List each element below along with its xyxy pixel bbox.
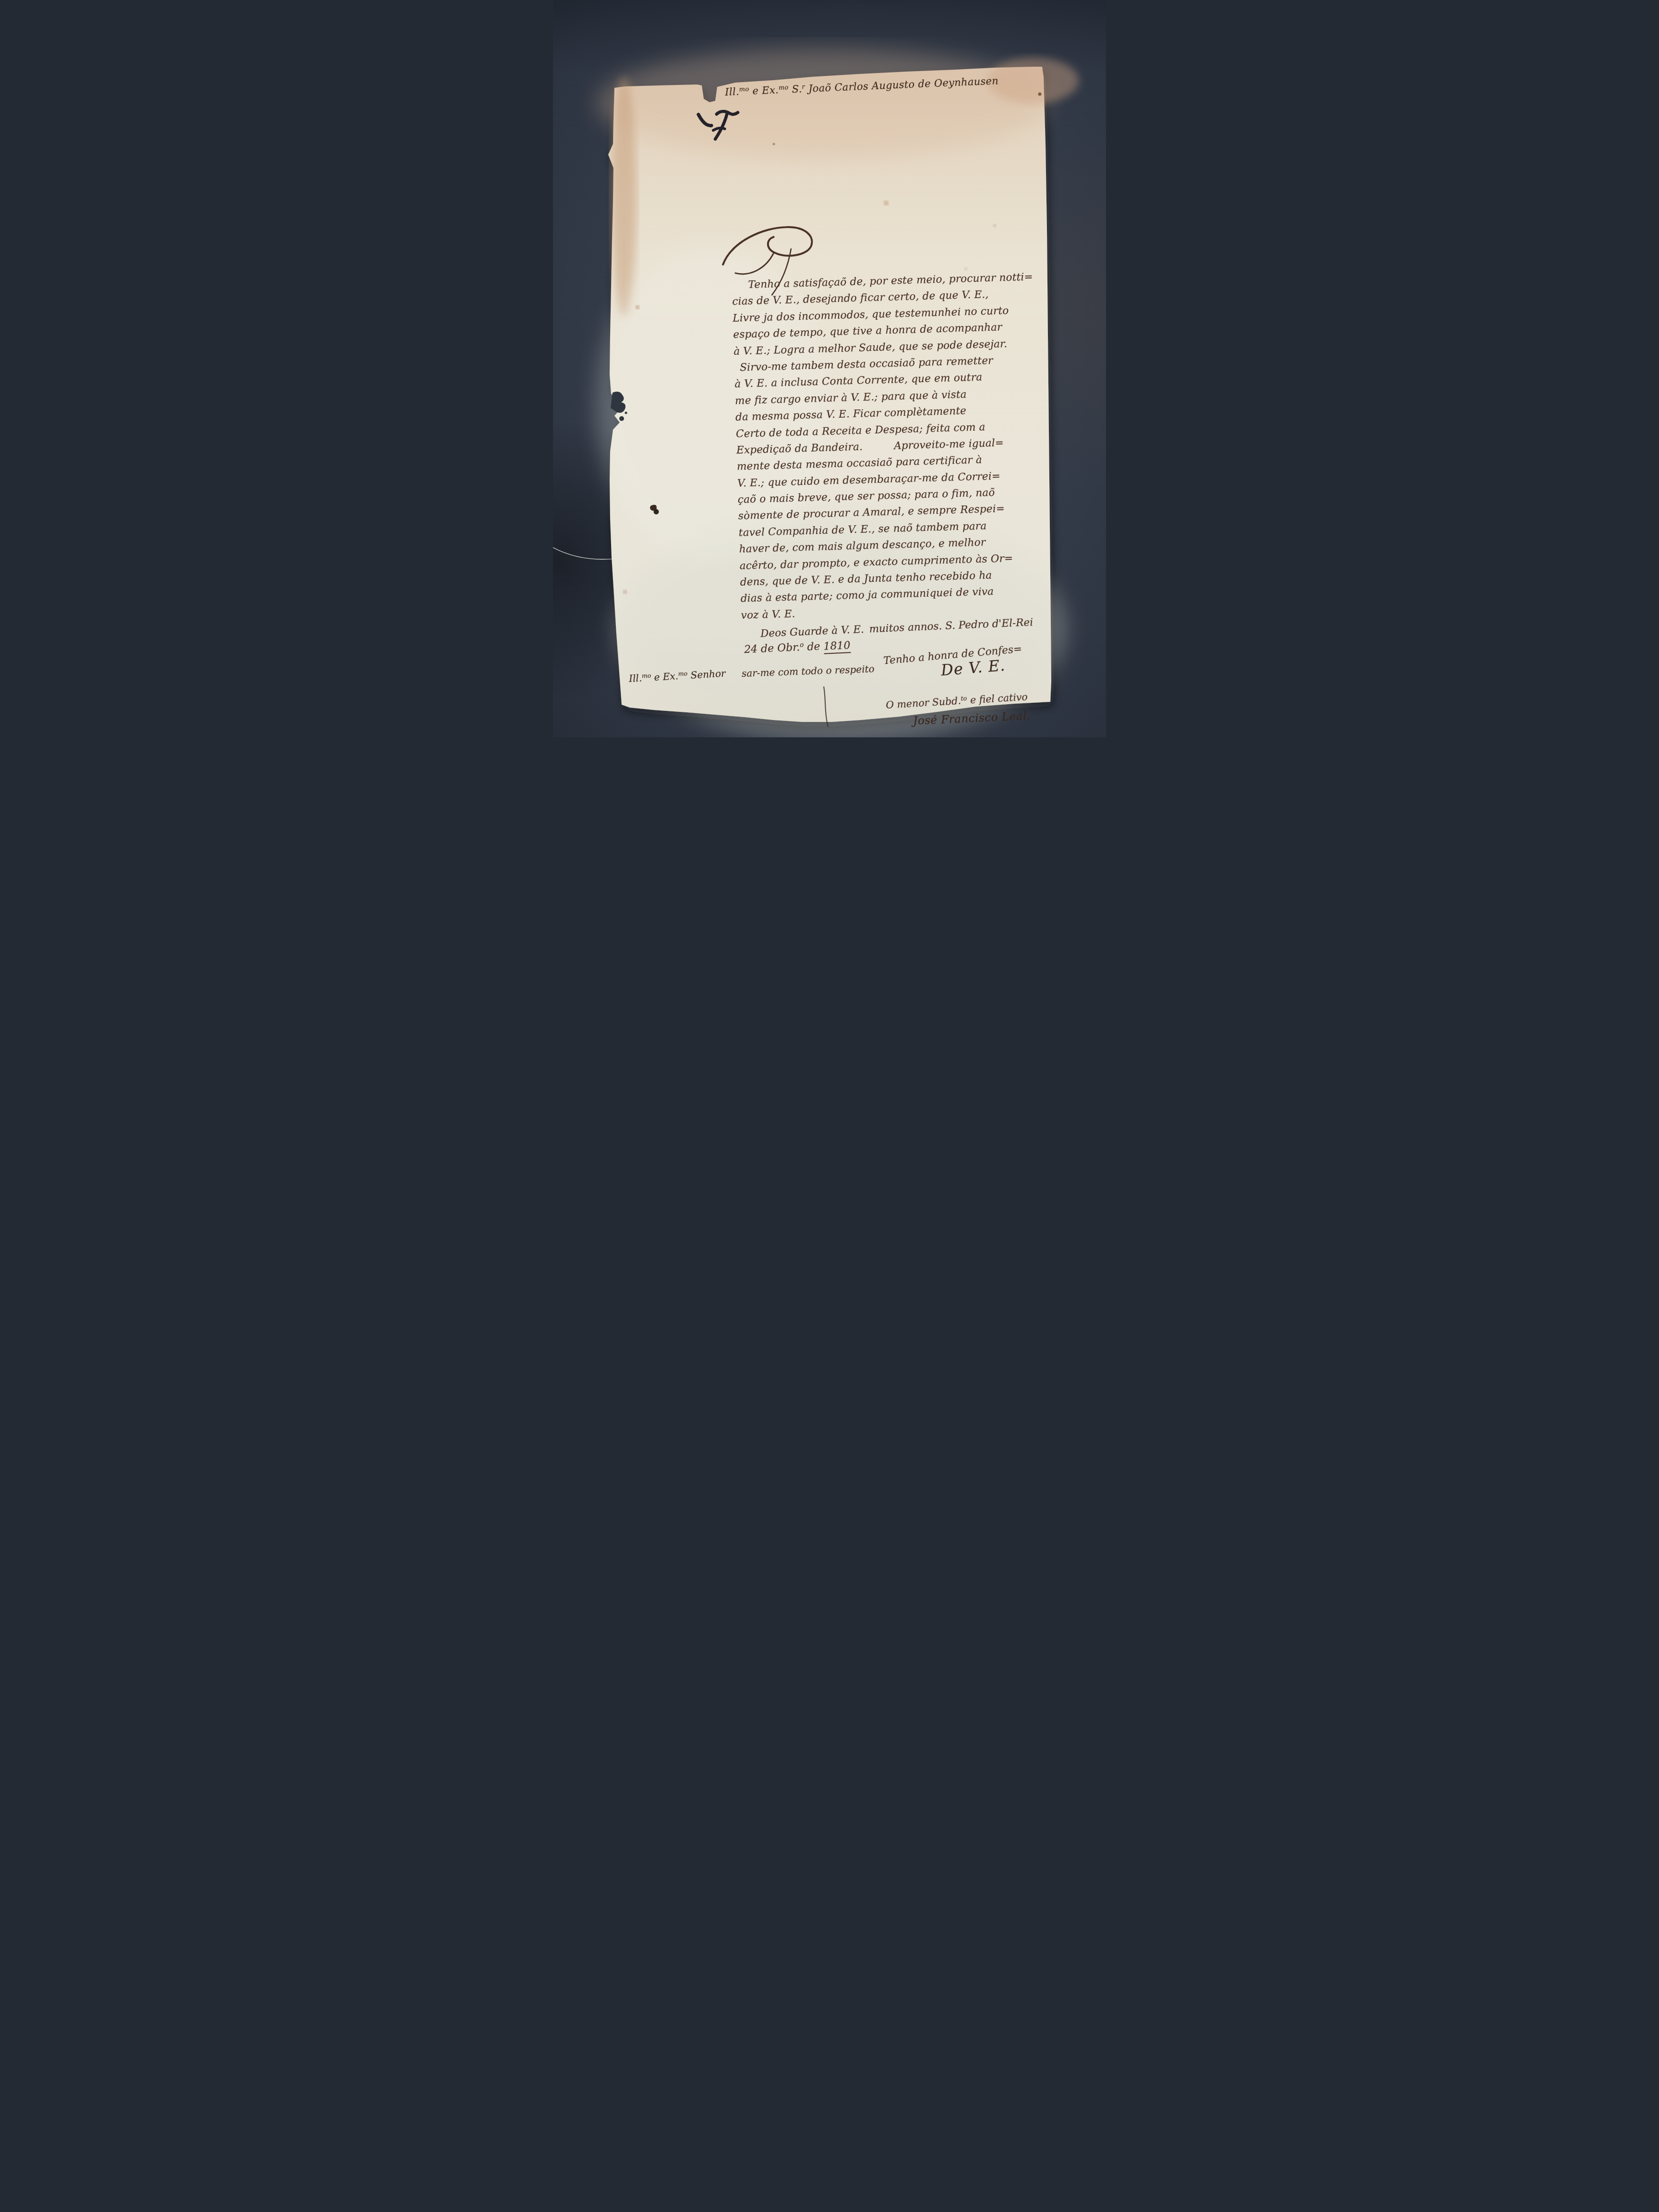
- header-sup: mo: [739, 86, 749, 94]
- photograph-of-manuscript: 7 Ill.mo e Ex.mo S.r Joaõ Carlos Augusto…: [553, 0, 1106, 737]
- archival-mark-7: 7: [694, 106, 745, 147]
- date-year: 1810: [823, 639, 851, 654]
- header-abbr: Ill.: [725, 86, 740, 98]
- body-text: Tenho a satisfaçaõ de, por este meio, pr…: [732, 269, 1042, 624]
